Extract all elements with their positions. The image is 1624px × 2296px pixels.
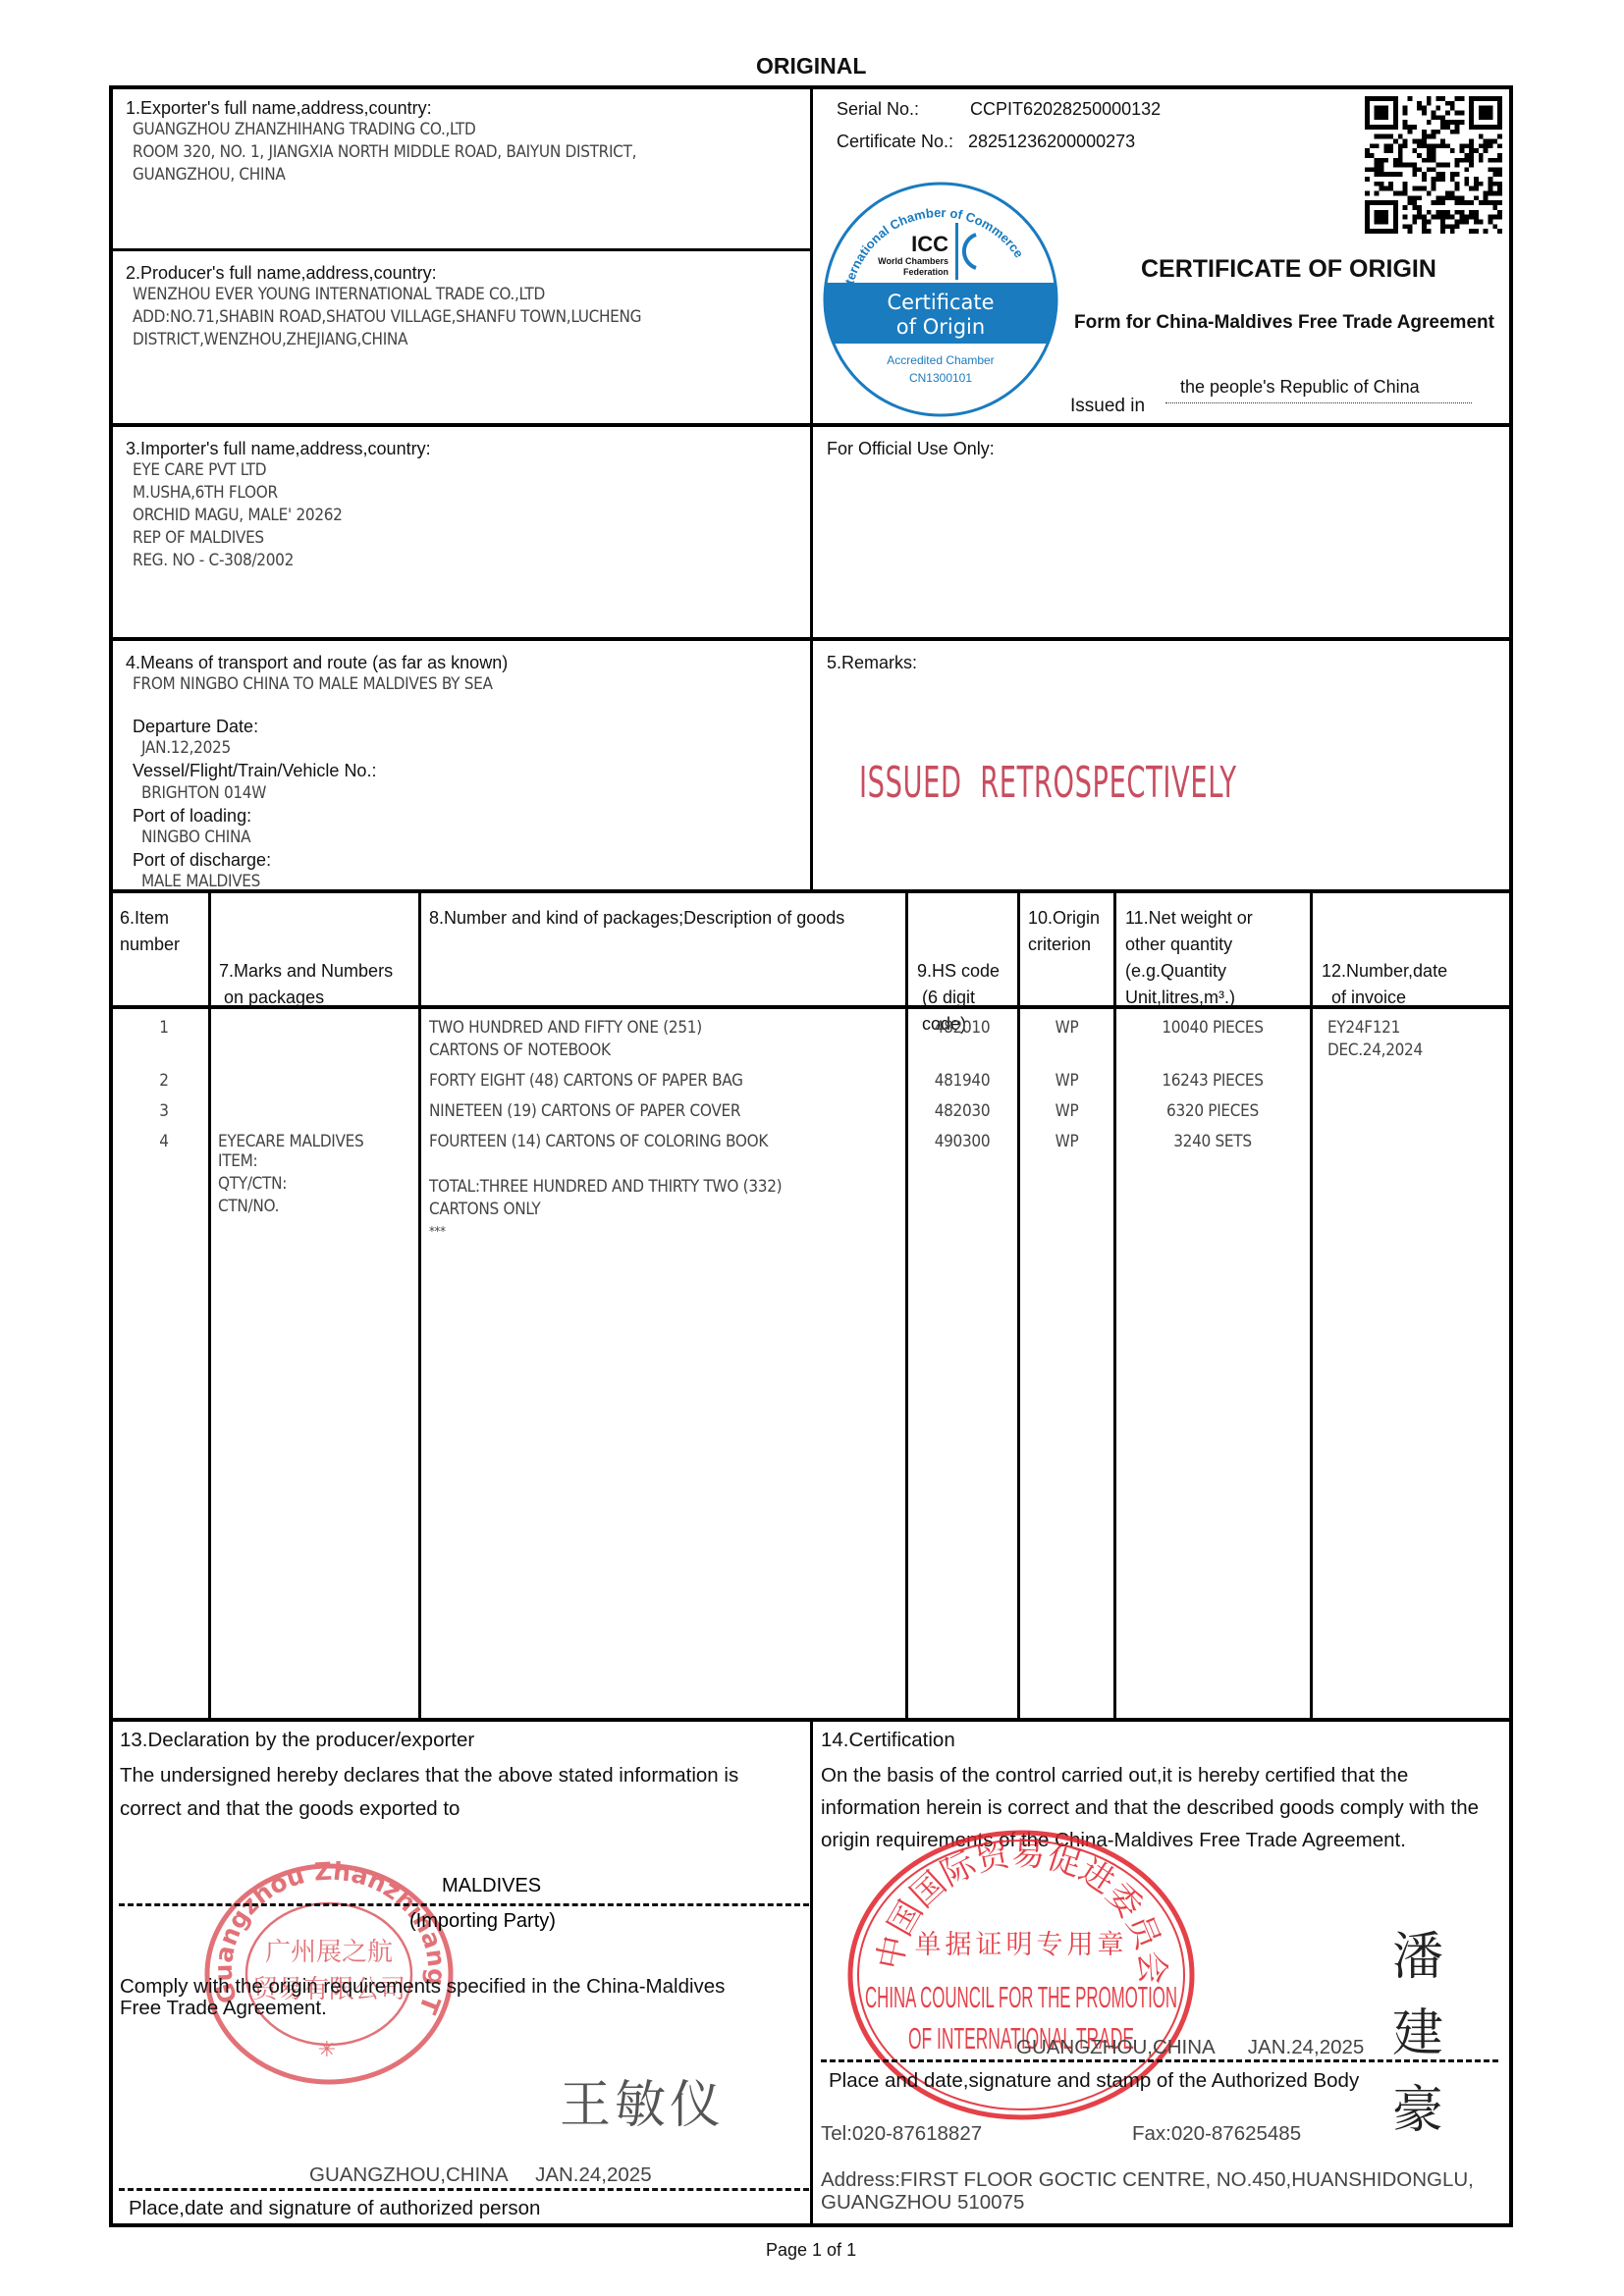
producer-line: WENZHOU EVER YOUNG INTERNATIONAL TRADE C… (133, 284, 545, 306)
svg-text:✳: ✳ (318, 2038, 336, 2062)
column-header-description: 8.Number and kind of packages;Descriptio… (429, 905, 844, 932)
declaration-text: The undersigned hereby declares that the… (120, 1759, 738, 1792)
svg-text:World Chambers: World Chambers (878, 256, 948, 266)
description-cell: NINETEEN (19) CARTONS OF PAPER COVER (429, 1100, 740, 1123)
column-header-item: 6.Itemnumber (120, 905, 180, 958)
declaration-title: 13.Declaration by the producer/exporter (120, 1724, 474, 1757)
producer-line: ADD:NO.71,SHABIN ROAD,SHATOU VILLAGE,SHA… (133, 306, 641, 329)
form-subtitle: Form for China-Maldives Free Trade Agree… (1074, 312, 1494, 334)
divider (418, 891, 421, 1720)
quantity-cell: 6320 PIECES (1116, 1100, 1309, 1123)
departure-date-label: Departure Date: (133, 716, 258, 737)
column-header-marks: 7.Marks and Numbers on packages (219, 905, 393, 1064)
item-number-cell: 2 (157, 1070, 171, 1093)
svg-text:of Origin: of Origin (896, 315, 985, 339)
svg-text:中国国际贸易促进委员会: 中国国际贸易促进委员会 (870, 1834, 1172, 1985)
port-of-discharge: MALE MALDIVES (141, 871, 260, 893)
divider (810, 85, 813, 892)
divider (1310, 891, 1313, 1720)
description-cell: TWO HUNDRED AND FIFTY ONE (251) (429, 1017, 702, 1040)
certificate-number: 28251236200000273 (968, 131, 1135, 152)
issued-in-country: the people's Republic of China (1180, 376, 1420, 398)
authority-signature: 潘 建 豪 (1392, 1919, 1451, 2149)
importer-label: 3.Importer's full name,address,country: (126, 438, 431, 459)
page-indicator: Page 1 of 1 (766, 2240, 856, 2261)
item-number-cell: 4 (157, 1131, 171, 1153)
svg-text:单据证明专用章: 单据证明专用章 (915, 1930, 1128, 1960)
origin-criterion-cell: WP (1020, 1017, 1113, 1040)
hs-code-cell: 482030 (908, 1100, 1016, 1123)
comply-text: Free Trade Agreement. (120, 1997, 327, 2019)
divider (208, 891, 211, 1720)
remarks-label: 5.Remarks: (827, 652, 917, 673)
invoice-cell: EY24F121 DEC.24,2024 (1327, 1017, 1423, 1062)
description-cell: FORTY EIGHT (48) CARTONS OF PAPER BAG (429, 1070, 743, 1093)
description-cell: CARTONS OF NOTEBOOK (429, 1040, 611, 1062)
certificate-number-label: Certificate No.: (837, 131, 953, 152)
quantity-cell: 16243 PIECES (1116, 1070, 1309, 1093)
exporter-line: ROOM 320, NO. 1, JIANGXIA NORTH MIDDLE R… (133, 141, 636, 164)
svg-text:Federation: Federation (903, 267, 948, 277)
departure-date: JAN.12,2025 (141, 737, 231, 760)
column-header-hs-code: 9.HS code (6 digit code) (917, 905, 1000, 1091)
authority-tel: Tel:020-87618827 (821, 2122, 982, 2146)
description-cell: FOURTEEN (14) CARTONS OF COLORING BOOK (429, 1131, 768, 1153)
total-cell: TOTAL:THREE HUNDRED AND THIRTY TWO (332)… (429, 1176, 782, 1244)
column-header-quantity: 11.Net weight orother quantity(e.g.Quant… (1125, 905, 1253, 1011)
qr-code[interactable] (1365, 96, 1502, 234)
hs-code-cell: 490300 (908, 1131, 1016, 1153)
vessel-number: BRIGHTON 014W (141, 782, 266, 805)
certification-title: 14.Certification (821, 1724, 955, 1757)
exporter-line: GUANGZHOU ZHANZHIHANG TRADING CO.,LTD (133, 119, 475, 141)
serial-label: Serial No.: (837, 98, 919, 120)
authority-address: Address:FIRST FLOOR GOCTIC CENTRE, NO.45… (821, 2168, 1474, 2192)
signature-label: Place,date and signature of authorized p… (129, 2197, 540, 2220)
importer-line: EYE CARE PVT LTD (133, 459, 266, 482)
importing-country-underline (119, 1903, 809, 1906)
hs-code-cell: 482010 (908, 1017, 1016, 1040)
port-of-loading-label: Port of loading: (133, 805, 251, 827)
exporter-line: GUANGZHOU, CHINA (133, 164, 286, 187)
quantity-cell: 10040 PIECES (1116, 1017, 1309, 1040)
divider (1017, 891, 1020, 1720)
item-number-cell: 1 (157, 1017, 171, 1040)
svg-text:CHINA COUNCIL FOR THE PROMOTIO: CHINA COUNCIL FOR THE PROMOTION (865, 1980, 1177, 2014)
marks-cell: EYECARE MALDIVES ITEM: QTY/CTN: CTN/NO. (218, 1131, 363, 1218)
official-use-label: For Official Use Only: (827, 438, 995, 459)
item-number-cell: 3 (157, 1100, 171, 1123)
exporter-signature: 王敏仪 (560, 2063, 725, 2137)
divider (109, 889, 1513, 893)
issued-retrospectively-stamp: ISSUED RETROSPECTIVELY (859, 758, 1237, 808)
certification-text: On the basis of the control carried out,… (821, 1759, 1408, 1792)
issued-in-underline (1165, 402, 1472, 403)
divider (810, 1720, 813, 2227)
exporter-place-date: GUANGZHOU,CHINA JAN.24,2025 (309, 2163, 652, 2187)
port-of-loading: NINGBO CHINA (141, 827, 250, 849)
svg-text:Certificate: Certificate (887, 291, 994, 314)
origin-criterion-cell: WP (1020, 1100, 1113, 1123)
quantity-cell: 3240 SETS (1116, 1131, 1309, 1153)
importer-line: REG. NO - C-308/2002 (133, 550, 294, 572)
divider (109, 248, 812, 251)
svg-text:广州展之航: 广州展之航 (265, 1938, 393, 1967)
origin-criterion-cell: WP (1020, 1131, 1113, 1153)
port-of-discharge-label: Port of discharge: (133, 849, 271, 871)
document-heading: ORIGINAL (756, 53, 866, 80)
vessel-label: Vessel/Flight/Train/Vehicle No.: (133, 760, 376, 781)
column-header-origin: 10.Origincriterion (1028, 905, 1100, 958)
producer-label: 2.Producer's full name,address,country: (126, 262, 437, 284)
company-seal-stamp: Guangzhou Zhanzhihang Trading Co., Ltd 广… (201, 1860, 457, 2088)
divider (905, 891, 908, 1720)
authority-stamp-label: Place and date,signature and stamp of th… (829, 2069, 1359, 2093)
origin-criterion-cell: WP (1020, 1070, 1113, 1093)
divider (109, 423, 1513, 427)
importing-party-label: (Importing Party) (409, 1910, 556, 1932)
svg-text:Accredited Chamber: Accredited Chamber (887, 353, 994, 367)
authority-address: GUANGZHOU 510075 (821, 2191, 1024, 2215)
comply-text: Comply with the origin requirements spec… (120, 1975, 725, 1998)
exporter-label: 1.Exporter's full name,address,country: (126, 97, 432, 119)
transport-label: 4.Means of transport and route (as far a… (126, 652, 508, 673)
divider (109, 637, 1513, 641)
divider (1113, 891, 1116, 1720)
serial-number: CCPIT62028250000132 (970, 98, 1161, 120)
svg-text:CN1300101: CN1300101 (909, 371, 972, 385)
importer-line: M.USHA,6TH FLOOR (133, 482, 278, 505)
importing-country: MALDIVES (442, 1875, 541, 1896)
transport-route: FROM NINGBO CHINA TO MALE MALDIVES BY SE… (133, 673, 493, 696)
hs-code-cell: 481940 (908, 1070, 1016, 1093)
importer-line: REP OF MALDIVES (133, 527, 264, 550)
authority-fax: Fax:020-87625485 (1132, 2122, 1301, 2146)
importer-line: ORCHID MAGU, MALE' 20262 (133, 505, 343, 527)
signature-underline (119, 2188, 809, 2191)
certificate-title: CERTIFICATE OF ORIGIN (1141, 255, 1436, 284)
icc-accreditation-badge: International Chamber of Commerce ICC Wo… (821, 180, 1060, 419)
declaration-text: correct and that the goods exported to (120, 1792, 460, 1826)
certification-text: information herein is correct and that t… (821, 1791, 1479, 1825)
svg-text:ICC: ICC (911, 232, 948, 256)
authority-place-date: GUANGZHOU,CHINA JAN.24,2025 (1016, 2036, 1364, 2059)
issued-in-label: Issued in (1070, 396, 1145, 417)
producer-line: DISTRICT,WENZHOU,ZHEJIANG,CHINA (133, 329, 407, 351)
